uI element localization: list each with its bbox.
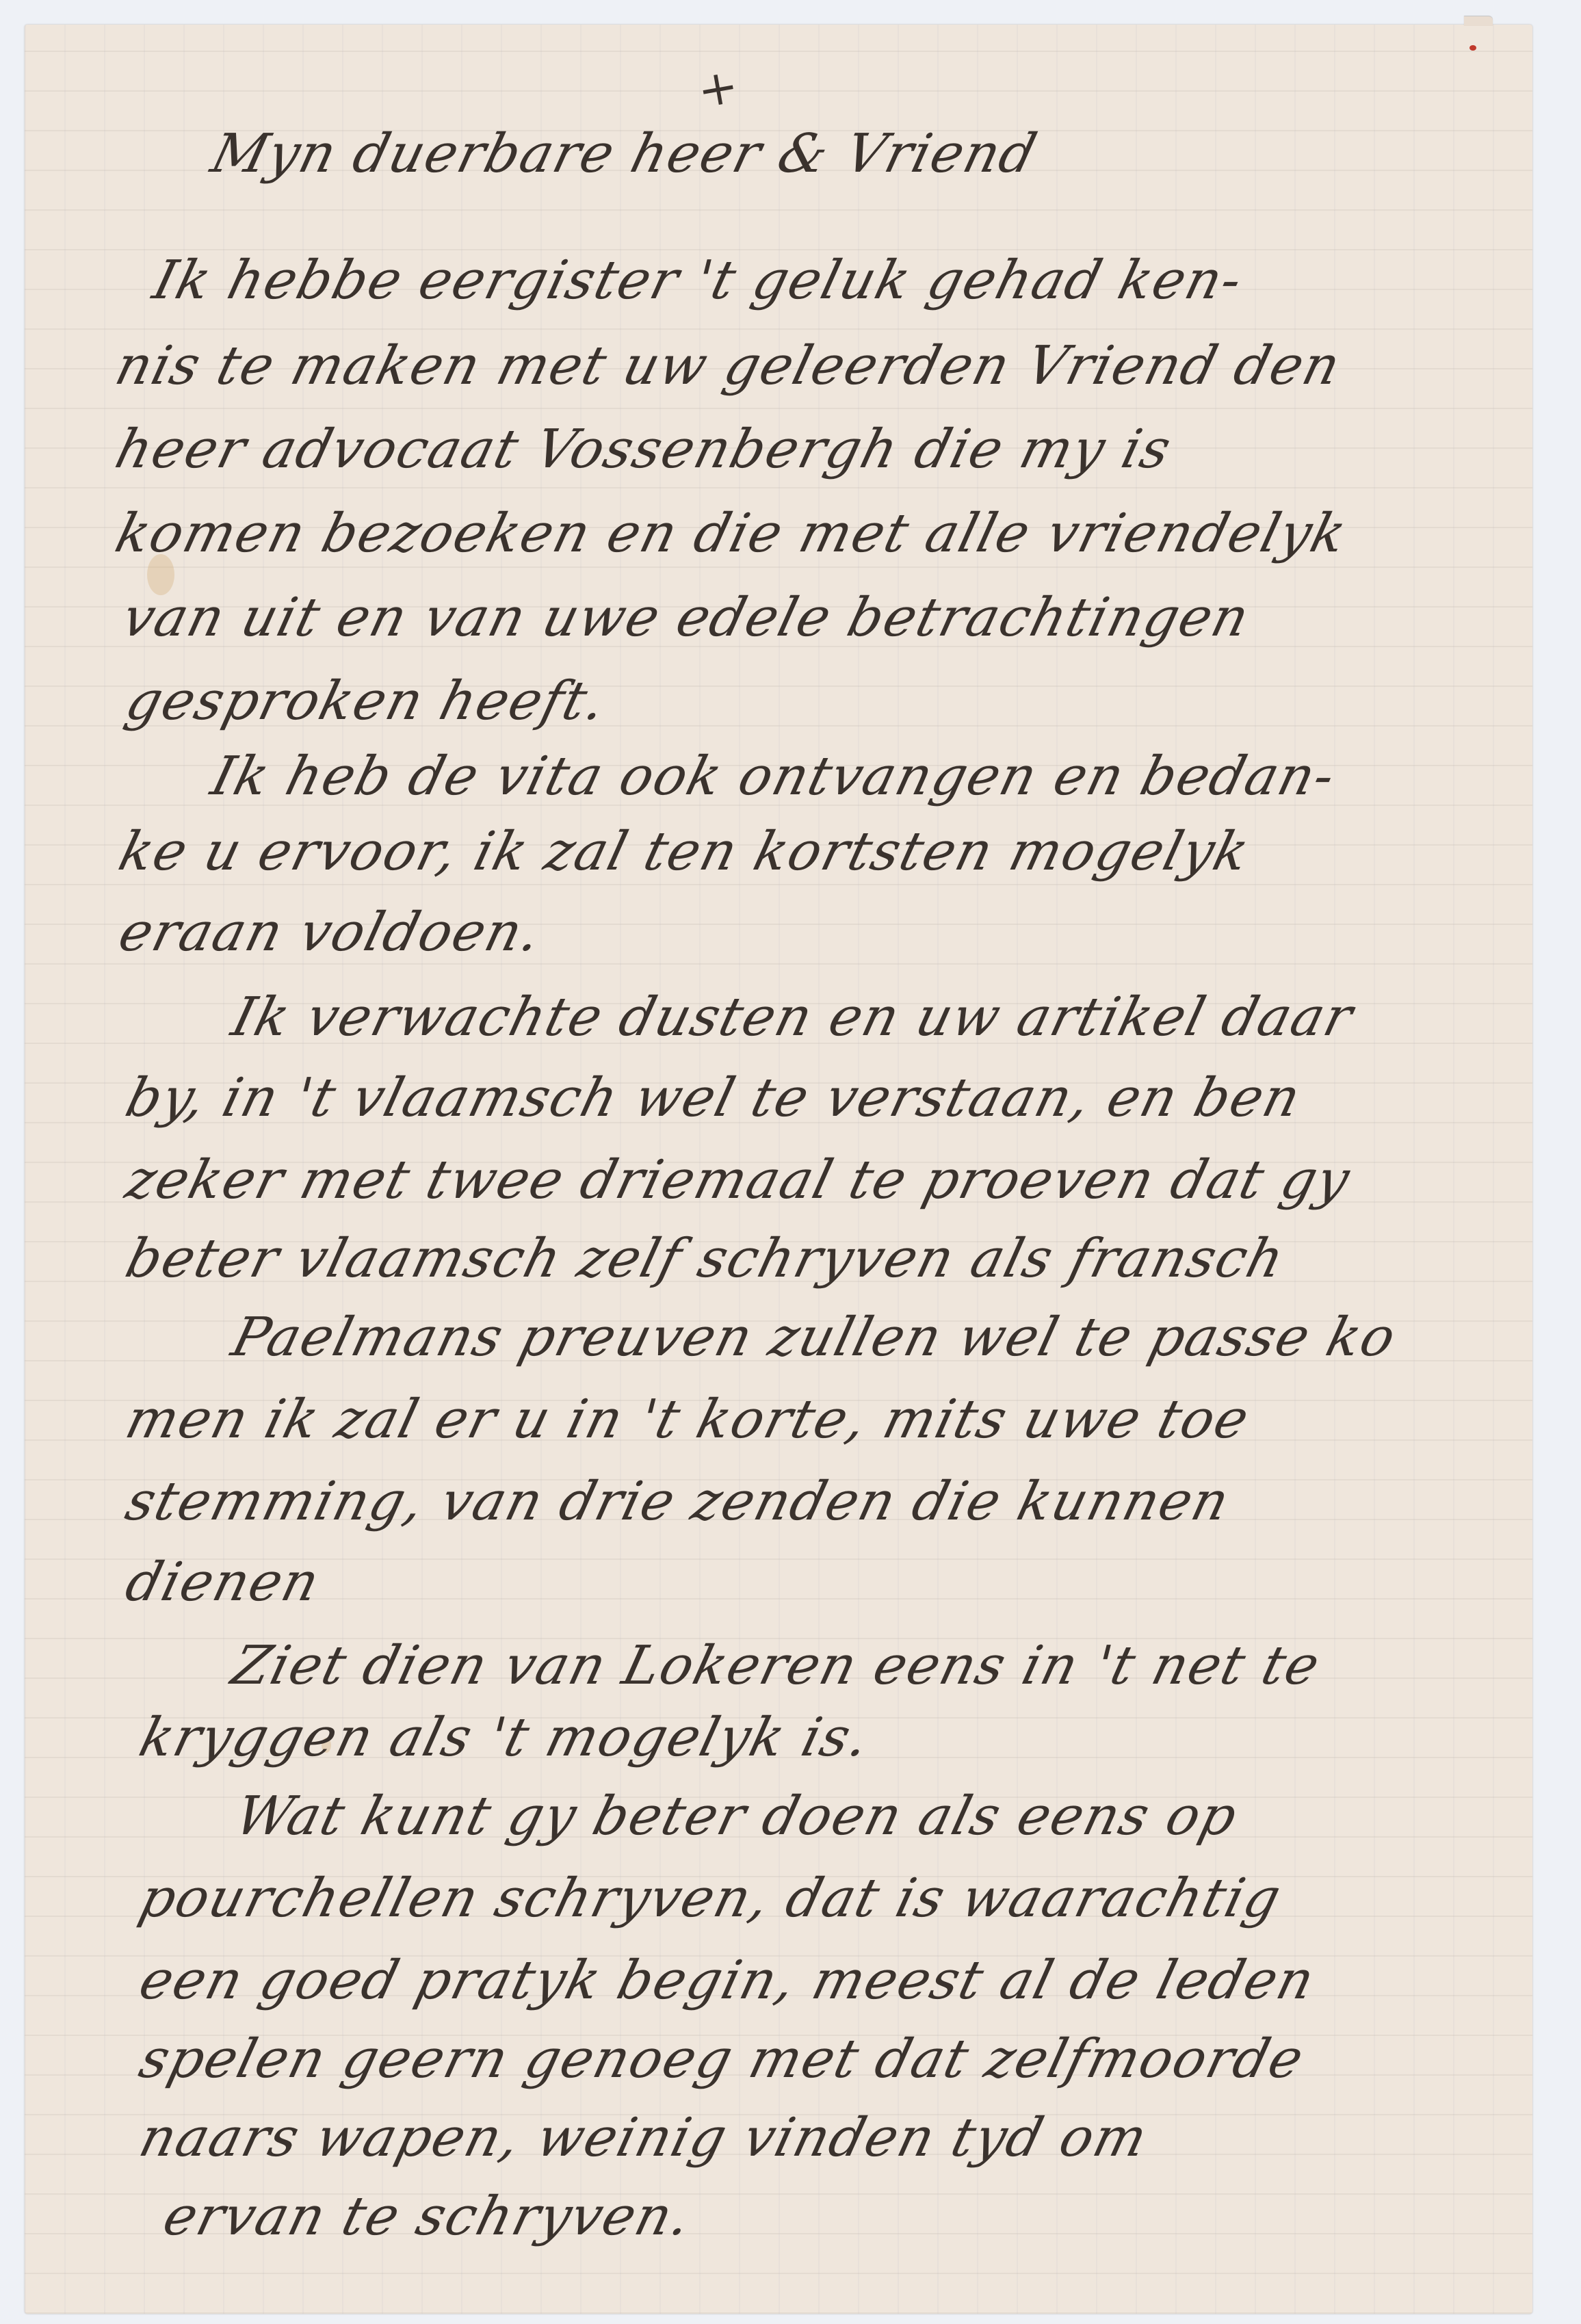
text-line: eraan voldoen.	[113, 902, 548, 963]
text-line: van uit en van uwe edele betrachtingen	[116, 587, 1256, 649]
text-line: men ik zal er u in 't korte, mits uwe to…	[120, 1389, 1256, 1450]
text-line: Ik verwachte dusten en uw artikel daar	[226, 987, 1360, 1048]
text-line: ervan te schryven.	[157, 2186, 698, 2247]
text-line: spelen geern genoeg met dat zelfmoorde	[133, 2028, 1311, 2090]
text-line: Wat kunt gy beter doen als eens op	[229, 1786, 1244, 1847]
text-line: ke u ervoor, ik zal ten kortsten mogelyk	[113, 821, 1256, 883]
text-line: gesproken heeft.	[120, 670, 613, 732]
red-ink-spot	[1469, 45, 1476, 51]
text-line: Ik hebbe eergister 't geluk gehad ken-	[147, 250, 1249, 311]
text-line: een goed pratyk begin, meest al de leden	[133, 1950, 1322, 2011]
text-line: kryggen als 't mogelyk is.	[133, 1707, 876, 1768]
text-line: Ik heb de vita ook ontvangen en bedan-	[205, 746, 1342, 807]
text-line: stemming, van drie zenden die kunnen	[120, 1471, 1236, 1532]
text-line: pourchellen schryven, dat is waarachtig	[133, 1868, 1288, 1929]
text-line: heer advocaat Vossenbergh die my is	[109, 419, 1178, 480]
text-line: nis te maken met uw geleerden Vriend den	[109, 335, 1348, 397]
paper-tab-corner	[1464, 16, 1493, 26]
text-line: naars wapen, weinig vinden tyd om	[133, 2107, 1154, 2169]
text-line: Paelmans preuven zullen wel te passe ko	[226, 1307, 1402, 1368]
text-line: Ziet dien van Lokeren eens in 't net te	[226, 1635, 1327, 1697]
salutation: Myn duerbare heer & Vriend	[205, 123, 1043, 185]
text-line: zeker met twee driemaal te proeven dat g…	[120, 1149, 1357, 1211]
text-line: dienen	[120, 1552, 326, 1613]
text-line: komen bezoeken en die met alle vriendely…	[109, 503, 1353, 564]
text-line: by, in 't vlaamsch wel te verstaan, en b…	[120, 1067, 1307, 1129]
text-line: beter vlaamsch zelf schryven als fransch	[120, 1228, 1291, 1290]
